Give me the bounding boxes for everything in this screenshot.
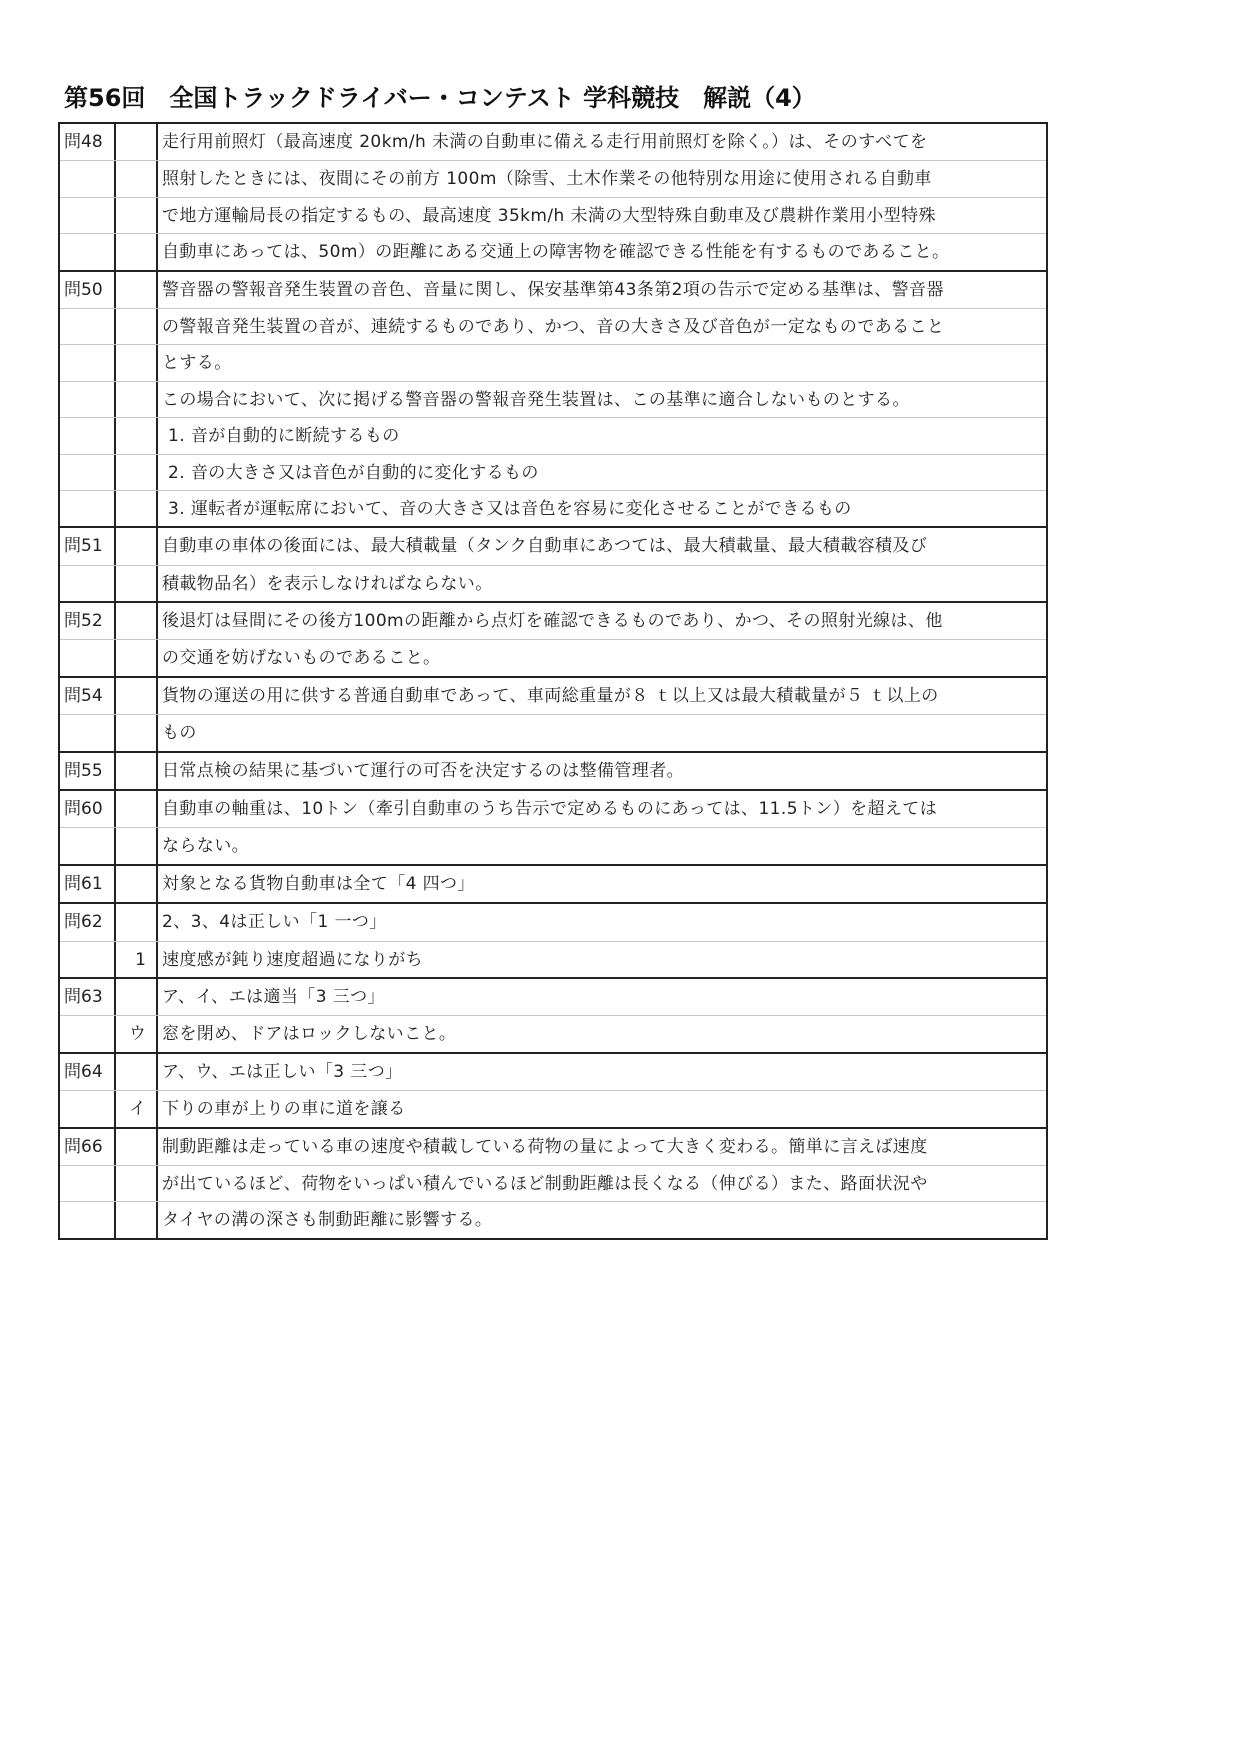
table-row: 3. 運転者が運転席において、音の大きさ又は音色を容易に変化させることができるも… — [60, 490, 1046, 526]
question-number-cell: 問66 — [60, 1129, 116, 1165]
explanation-table: 問48走行用前照灯（最高速度 20km/h 未満の自動車に備える走行用前照灯を除… — [58, 122, 1048, 1240]
table-row: 問66制動距離は走っている車の速度や積載している荷物の量によって大きく変わる。簡… — [60, 1129, 1046, 1165]
sub-item-cell — [116, 161, 158, 196]
explanation-text-cell: 後退灯は昼間にその後方100mの距離から点灯を確認できるものであり、かつ、その照… — [158, 603, 1046, 639]
sub-item-cell — [116, 791, 158, 827]
sub-item-cell — [116, 715, 158, 750]
explanation-text-cell: 2、3、4は正しい「1 一つ」 — [158, 904, 1046, 940]
explanation-text-cell: ア、イ、エは適当「3 三つ」 — [158, 979, 1046, 1015]
explanation-text-cell: 下りの車が上りの車に道を譲る — [158, 1091, 1046, 1126]
question-number-cell — [60, 161, 116, 196]
question-group: 問60自動車の軸重は、10トン（牽引自動車のうち告示で定めるものにあっては、11… — [60, 789, 1046, 864]
explanation-text-cell: この場合において、次に掲げる警音器の警報音発生装置は、この基準に適合しないものと… — [158, 382, 1046, 417]
sub-item-cell: 1 — [116, 942, 158, 977]
question-number-cell: 問54 — [60, 678, 116, 714]
sub-item-cell — [116, 234, 158, 269]
question-number-cell: 問63 — [60, 979, 116, 1015]
sub-item-cell — [116, 753, 158, 789]
sub-item-cell — [116, 345, 158, 380]
question-number-cell — [60, 640, 116, 675]
sub-item-cell — [116, 904, 158, 940]
question-number-cell — [60, 198, 116, 233]
question-number-cell — [60, 418, 116, 453]
sub-item-cell — [116, 1054, 158, 1090]
sub-item-cell — [116, 418, 158, 453]
table-row: ウ窓を閉め、ドアはロックしないこと。 — [60, 1015, 1046, 1051]
table-row: 照射したときには、夜間にその前方 100m（除雪、土木作業その他特別な用途に使用… — [60, 160, 1046, 196]
explanation-text-cell: の警報音発生装置の音が、連続するものであり、かつ、音の大きさ及び音色が一定なもの… — [158, 309, 1046, 344]
question-number-cell — [60, 234, 116, 269]
explanation-text-cell: とする。 — [158, 345, 1046, 380]
sub-item-cell — [116, 198, 158, 233]
explanation-text-cell: の交通を妨げないものであること。 — [158, 640, 1046, 675]
question-number-cell — [60, 1166, 116, 1201]
explanation-text-cell: 自動車の車体の後面には、最大積載量（タンク自動車にあつては、最大積載量、最大積載… — [158, 528, 1046, 564]
explanation-text-cell: 速度感が鈍り速度超過になりがち — [158, 942, 1046, 977]
explanation-text-cell: で地方運輸局長の指定するもの、最高速度 35km/h 未満の大型特殊自動車及び農… — [158, 198, 1046, 233]
table-row: 1速度感が鈍り速度超過になりがち — [60, 941, 1046, 977]
sub-item-cell — [116, 491, 158, 526]
explanation-text-cell: 自動車の軸重は、10トン（牽引自動車のうち告示で定めるものにあっては、11.5ト… — [158, 791, 1046, 827]
sub-item-cell: ウ — [116, 1016, 158, 1051]
question-number-cell — [60, 382, 116, 417]
sub-item-cell — [116, 828, 158, 863]
question-number-cell — [60, 345, 116, 380]
table-row: が出ているほど、荷物をいっぱい積んでいるほど制動距離は長くなる（伸びる）また、路… — [60, 1165, 1046, 1201]
question-number-cell — [60, 309, 116, 344]
question-number-cell: 問50 — [60, 272, 116, 308]
question-number-cell: 問61 — [60, 866, 116, 902]
sub-item-cell — [116, 382, 158, 417]
question-number-cell — [60, 491, 116, 526]
sub-item-cell: イ — [116, 1091, 158, 1126]
question-number-cell — [60, 1016, 116, 1051]
question-number-cell: 問55 — [60, 753, 116, 789]
explanation-text-cell: 2. 音の大きさ又は音色が自動的に変化するもの — [158, 455, 1046, 490]
table-row: イ下りの車が上りの車に道を譲る — [60, 1090, 1046, 1126]
table-row: 問48走行用前照灯（最高速度 20km/h 未満の自動車に備える走行用前照灯を除… — [60, 124, 1046, 160]
table-row: 自動車にあっては、50m）の距離にある交通上の障害物を確認できる性能を有するもの… — [60, 233, 1046, 269]
question-group: 問66制動距離は走っている車の速度や積載している荷物の量によって大きく変わる。簡… — [60, 1127, 1046, 1238]
question-group: 問55日常点検の結果に基づいて運行の可否を決定するのは整備管理者。 — [60, 751, 1046, 789]
explanation-text-cell: ア、ウ、エは正しい「3 三つ」 — [158, 1054, 1046, 1090]
table-row: ならない。 — [60, 827, 1046, 863]
table-row: とする。 — [60, 344, 1046, 380]
question-group: 問51自動車の車体の後面には、最大積載量（タンク自動車にあつては、最大積載量、最… — [60, 526, 1046, 601]
explanation-text-cell: 走行用前照灯（最高速度 20km/h 未満の自動車に備える走行用前照灯を除く。）… — [158, 124, 1046, 160]
table-row: 問61対象となる貨物自動車は全て「4 四つ」 — [60, 866, 1046, 902]
sub-item-cell — [116, 272, 158, 308]
explanation-text-cell: 1. 音が自動的に断続するもの — [158, 418, 1046, 453]
sub-item-cell — [116, 1202, 158, 1237]
sub-item-cell — [116, 528, 158, 564]
question-number-cell: 問52 — [60, 603, 116, 639]
table-row: 問50警音器の警報音発生装置の音色、音量に関し、保安基準第43条第2項の告示で定… — [60, 272, 1046, 308]
table-row: で地方運輸局長の指定するもの、最高速度 35km/h 未満の大型特殊自動車及び農… — [60, 197, 1046, 233]
table-row: この場合において、次に掲げる警音器の警報音発生装置は、この基準に適合しないものと… — [60, 381, 1046, 417]
table-row: 問54貨物の運送の用に供する普通自動車であって、車両総重量が８ ｔ以上又は最大積… — [60, 678, 1046, 714]
question-group: 問52後退灯は昼間にその後方100mの距離から点灯を確認できるものであり、かつ、… — [60, 601, 1046, 676]
question-group: 問64ア、ウ、エは正しい「3 三つ」イ下りの車が上りの車に道を譲る — [60, 1052, 1046, 1127]
explanation-text-cell: 積載物品名）を表示しなければならない。 — [158, 566, 1046, 601]
question-number-cell: 問60 — [60, 791, 116, 827]
question-group: 問61対象となる貨物自動車は全て「4 四つ」 — [60, 864, 1046, 902]
sub-item-cell — [116, 309, 158, 344]
explanation-text-cell: 窓を閉め、ドアはロックしないこと。 — [158, 1016, 1046, 1051]
table-row: 問52後退灯は昼間にその後方100mの距離から点灯を確認できるものであり、かつ、… — [60, 603, 1046, 639]
question-group: 問54貨物の運送の用に供する普通自動車であって、車両総重量が８ ｔ以上又は最大積… — [60, 676, 1046, 751]
explanation-text-cell: 日常点検の結果に基づいて運行の可否を決定するのは整備管理者。 — [158, 753, 1046, 789]
question-number-cell — [60, 1202, 116, 1237]
sub-item-cell — [116, 979, 158, 1015]
table-row: 問55日常点検の結果に基づいて運行の可否を決定するのは整備管理者。 — [60, 753, 1046, 789]
question-group: 問622、3、4は正しい「1 一つ」1速度感が鈍り速度超過になりがち — [60, 902, 1046, 977]
question-number-cell — [60, 942, 116, 977]
table-row: タイヤの溝の深さも制動距離に影響する。 — [60, 1201, 1046, 1237]
page-title: 第56回 全国トラックドライバー・コンテスト 学科競技 解説（4） — [64, 78, 816, 113]
table-row: 問60自動車の軸重は、10トン（牽引自動車のうち告示で定めるものにあっては、11… — [60, 791, 1046, 827]
sub-item-cell — [116, 866, 158, 902]
question-group: 問50警音器の警報音発生装置の音色、音量に関し、保安基準第43条第2項の告示で定… — [60, 270, 1046, 527]
explanation-text-cell: ならない。 — [158, 828, 1046, 863]
explanation-text-cell: 警音器の警報音発生装置の音色、音量に関し、保安基準第43条第2項の告示で定める基… — [158, 272, 1046, 308]
question-number-cell — [60, 828, 116, 863]
table-row: 問51自動車の車体の後面には、最大積載量（タンク自動車にあつては、最大積載量、最… — [60, 528, 1046, 564]
sub-item-cell — [116, 566, 158, 601]
sub-item-cell — [116, 678, 158, 714]
explanation-text-cell: 対象となる貨物自動車は全て「4 四つ」 — [158, 866, 1046, 902]
table-row: の警報音発生装置の音が、連続するものであり、かつ、音の大きさ及び音色が一定なもの… — [60, 308, 1046, 344]
explanation-text-cell: もの — [158, 715, 1046, 750]
sub-item-cell — [116, 640, 158, 675]
table-row: 積載物品名）を表示しなければならない。 — [60, 565, 1046, 601]
explanation-text-cell: が出ているほど、荷物をいっぱい積んでいるほど制動距離は長くなる（伸びる）また、路… — [158, 1166, 1046, 1201]
question-group: 問48走行用前照灯（最高速度 20km/h 未満の自動車に備える走行用前照灯を除… — [60, 124, 1046, 270]
sub-item-cell — [116, 603, 158, 639]
question-number-cell — [60, 715, 116, 750]
explanation-text-cell: 自動車にあっては、50m）の距離にある交通上の障害物を確認できる性能を有するもの… — [158, 234, 1046, 269]
explanation-text-cell: 照射したときには、夜間にその前方 100m（除雪、土木作業その他特別な用途に使用… — [158, 161, 1046, 196]
sub-item-cell — [116, 124, 158, 160]
table-row: 問64ア、ウ、エは正しい「3 三つ」 — [60, 1054, 1046, 1090]
sub-item-cell — [116, 455, 158, 490]
question-number-cell — [60, 566, 116, 601]
sub-item-cell — [116, 1166, 158, 1201]
explanation-text-cell: 貨物の運送の用に供する普通自動車であって、車両総重量が８ ｔ以上又は最大積載量が… — [158, 678, 1046, 714]
question-group: 問63ア、イ、エは適当「3 三つ」ウ窓を閉め、ドアはロックしないこと。 — [60, 977, 1046, 1052]
question-number-cell — [60, 455, 116, 490]
table-row: 問63ア、イ、エは適当「3 三つ」 — [60, 979, 1046, 1015]
table-row: 2. 音の大きさ又は音色が自動的に変化するもの — [60, 454, 1046, 490]
question-number-cell: 問62 — [60, 904, 116, 940]
explanation-text-cell: 3. 運転者が運転席において、音の大きさ又は音色を容易に変化させることができるも… — [158, 491, 1046, 526]
question-number-cell: 問48 — [60, 124, 116, 160]
question-number-cell: 問51 — [60, 528, 116, 564]
sub-item-cell — [116, 1129, 158, 1165]
question-number-cell: 問64 — [60, 1054, 116, 1090]
explanation-text-cell: タイヤの溝の深さも制動距離に影響する。 — [158, 1202, 1046, 1237]
explanation-text-cell: 制動距離は走っている車の速度や積載している荷物の量によって大きく変わる。簡単に言… — [158, 1129, 1046, 1165]
table-row: もの — [60, 714, 1046, 750]
question-number-cell — [60, 1091, 116, 1126]
table-row: の交通を妨げないものであること。 — [60, 639, 1046, 675]
table-row: 問622、3、4は正しい「1 一つ」 — [60, 904, 1046, 940]
table-row: 1. 音が自動的に断続するもの — [60, 417, 1046, 453]
